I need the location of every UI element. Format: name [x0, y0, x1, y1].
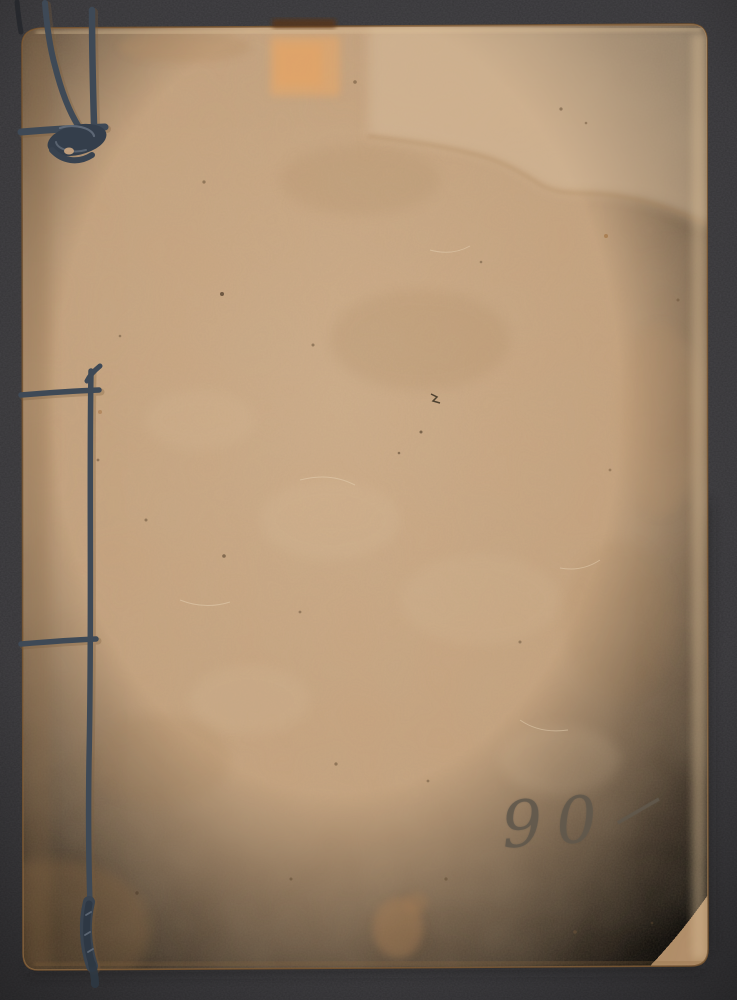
book-photo [0, 0, 737, 1000]
cover-surface [0, 24, 710, 1000]
photo-stage: 90 — [0, 0, 737, 1000]
knot-loop-gap [64, 148, 74, 155]
paper-label-remnant [270, 36, 340, 96]
label-edge-smudge [272, 19, 336, 28]
book-cover [0, 24, 710, 1000]
